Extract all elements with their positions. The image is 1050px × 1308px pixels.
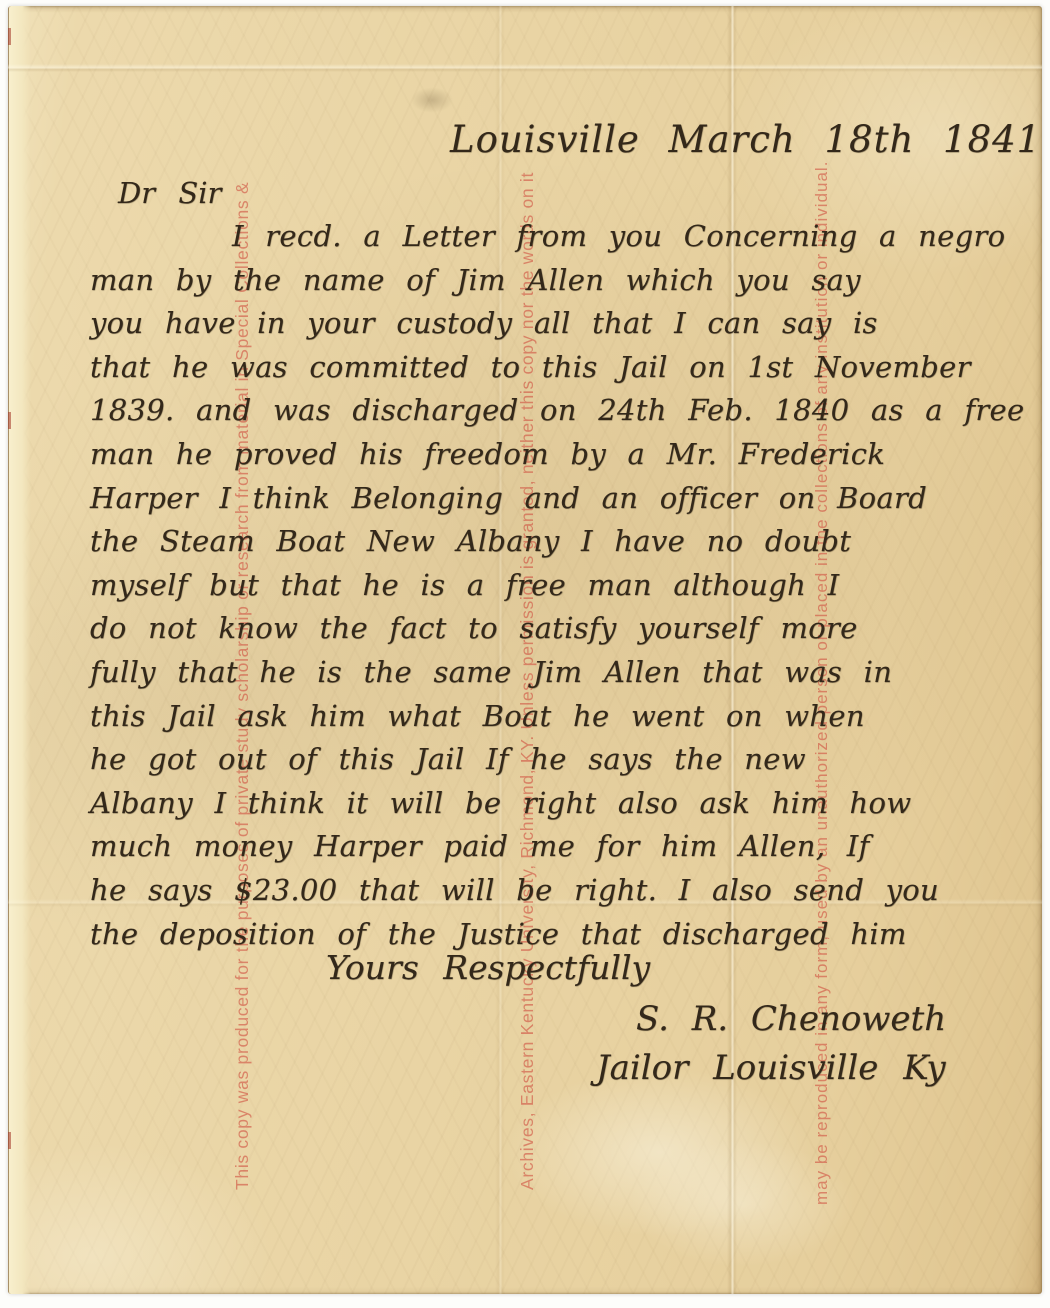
letter-line: you have in your custody all that I can … bbox=[90, 306, 1024, 350]
letter-line: myself but that he is a free man althoug… bbox=[90, 568, 1024, 612]
letter-closing: Yours Respectfully bbox=[326, 948, 650, 987]
letter-line: he got out of this Jail If he says the n… bbox=[90, 742, 1024, 786]
letter-line: he says $23.00 that will be right. I als… bbox=[90, 873, 1024, 917]
paper-left-edge-strip bbox=[8, 6, 31, 1294]
letter-line: much money Harper paid me for him Allen,… bbox=[90, 829, 1024, 873]
letter-line: fully that he is the same Jim Allen that… bbox=[90, 655, 1024, 699]
letter-line: man he proved his freedom by a Mr. Frede… bbox=[90, 437, 1024, 481]
letter-scan-paper: This copy was produced for the purposes … bbox=[8, 6, 1042, 1294]
edge-red-mark bbox=[8, 412, 11, 429]
letter-line: I recd. a Letter from you Concerning a n… bbox=[90, 219, 1024, 263]
letter-signature: S. R. Chenoweth bbox=[636, 999, 946, 1039]
horizontal-fold-crease bbox=[8, 64, 1042, 72]
letter-line: do not know the fact to satisfy yourself… bbox=[90, 611, 1024, 655]
letter-line: this Jail ask him what Boat he went on w… bbox=[90, 699, 1024, 743]
letter-line: the Steam Boat New Albany I have no doub… bbox=[90, 524, 1024, 568]
letter-line: 1839. and was discharged on 24th Feb. 18… bbox=[90, 393, 1024, 437]
letter-line: Albany I think it will be right also ask… bbox=[90, 786, 1024, 830]
edge-red-mark bbox=[8, 28, 11, 45]
letter-dateline: Louisville March 18th 1841 bbox=[450, 118, 1041, 161]
letter-line: that he was committed to this Jail on 1s… bbox=[90, 350, 1024, 394]
letter-signature-title: Jailor Louisville Ky bbox=[596, 1048, 946, 1088]
letter-line: man by the name of Jim Allen which you s… bbox=[90, 263, 1024, 307]
letter-body: I recd. a Letter from you Concerning a n… bbox=[90, 219, 1024, 960]
letter-salutation: Dr Sir bbox=[118, 176, 221, 210]
letter-line: Harper I think Belonging and an officer … bbox=[90, 481, 1024, 525]
edge-red-mark bbox=[8, 1132, 11, 1149]
